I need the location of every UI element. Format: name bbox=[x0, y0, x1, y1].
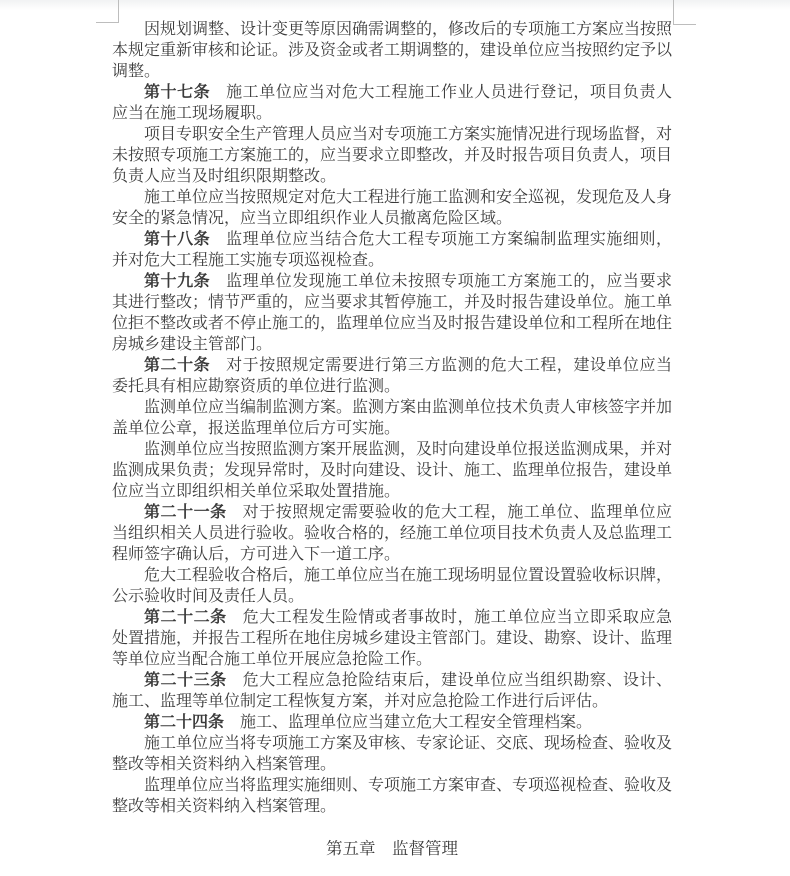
paragraph: 施工单位应当按照规定对危大工程进行施工监测和安全巡视，发现危及人身安全的紧急情况… bbox=[112, 187, 672, 229]
chapter-heading: 第五章监督管理 bbox=[112, 838, 672, 859]
paragraph: 第二十三条危大工程应急抢险结束后，建设单位应当组织勘察、设计、施工、监理等单位制… bbox=[112, 670, 672, 712]
paragraph: 第十八条监理单位应当结合危大工程专项施工方案编制监理实施细则，并对危大工程施工实… bbox=[112, 229, 672, 271]
paragraph-text: 监测单位应当按照监测方案开展监测，及时向建设单位报送监测成果，并对监测成果负责；… bbox=[112, 441, 672, 500]
article-number: 第十七条 bbox=[144, 84, 210, 101]
paragraph: 第二十条对于按照规定需要进行第三方监测的危大工程，建设单位应当委托具有相应勘察资… bbox=[112, 355, 672, 397]
paragraph-list: 因规划调整、设计变更等原因确需调整的，修改后的专项施工方案应当按照本规定重新审核… bbox=[112, 19, 672, 817]
chapter-title: 监督管理 bbox=[392, 839, 458, 858]
paragraph-text: 项目专职安全生产管理人员应当对专项施工方案实施情况进行现场监督，对未按照专项施工… bbox=[112, 126, 672, 185]
paragraph: 第二十一条对于按照规定需要验收的危大工程，施工单位、监理单位应当组织相关人员进行… bbox=[112, 502, 672, 565]
chapter-number: 第五章 bbox=[326, 839, 376, 858]
paragraph-text: 施工单位应当将专项施工方案及审核、专家论证、交底、现场检查、验收及整改等相关资料… bbox=[112, 735, 672, 773]
paragraph-text: 监测单位应当编制监测方案。监测方案由监测单位技术负责人审核签字并加盖单位公章，报… bbox=[112, 399, 672, 437]
article-number: 第二十二条 bbox=[144, 609, 227, 626]
paragraph: 第十九条监理单位发现施工单位未按照专项施工方案施工的，应当要求其进行整改；情节严… bbox=[112, 271, 672, 355]
paragraph: 项目专职安全生产管理人员应当对专项施工方案实施情况进行现场监督，对未按照专项施工… bbox=[112, 124, 672, 187]
article-number: 第十九条 bbox=[144, 273, 210, 290]
paragraph: 监测单位应当按照监测方案开展监测，及时向建设单位报送监测成果，并对监测成果负责；… bbox=[112, 439, 672, 502]
paragraph-text: 监理单位应当将监理实施细则、专项施工方案审查、专项巡视检查、验收及整改等相关资料… bbox=[112, 777, 672, 815]
paragraph: 危大工程验收合格后，施工单位应当在施工现场明显位置设置验收标识牌，公示验收时间及… bbox=[112, 565, 672, 607]
paragraph: 第二十二条危大工程发生险情或者事故时，施工单位应当立即采取应急处置措施，并报告工… bbox=[112, 607, 672, 670]
article-number: 第二十三条 bbox=[144, 672, 227, 689]
margin-crop-mark-top-right-vertical bbox=[673, 0, 674, 25]
document-body: 因规划调整、设计变更等原因确需调整的，修改后的专项施工方案应当按照本规定重新审核… bbox=[112, 19, 672, 859]
paragraph: 第十七条施工单位应当对危大工程施工作业人员进行登记，项目负责人应当在施工现场履职… bbox=[112, 82, 672, 124]
paragraph: 因规划调整、设计变更等原因确需调整的，修改后的专项施工方案应当按照本规定重新审核… bbox=[112, 19, 672, 82]
article-number: 第十八条 bbox=[144, 231, 210, 248]
paragraph-text: 施工、监理单位应当建立危大工程安全管理档案。 bbox=[240, 714, 592, 731]
article-number: 第二十四条 bbox=[144, 714, 224, 731]
paragraph: 第二十四条施工、监理单位应当建立危大工程安全管理档案。 bbox=[112, 712, 672, 733]
paragraph-text: 危大工程验收合格后，施工单位应当在施工现场明显位置设置验收标识牌，公示验收时间及… bbox=[112, 567, 672, 605]
margin-crop-mark-top-right-horizontal bbox=[673, 24, 696, 25]
paragraph-text: 因规划调整、设计变更等原因确需调整的，修改后的专项施工方案应当按照本规定重新审核… bbox=[112, 21, 672, 80]
article-number: 第二十一条 bbox=[144, 504, 227, 521]
document-page: 因规划调整、设计变更等原因确需调整的，修改后的专项施工方案应当按照本规定重新审核… bbox=[0, 0, 790, 876]
article-number: 第二十条 bbox=[144, 357, 210, 374]
paragraph: 监理单位应当将监理实施细则、专项施工方案审查、专项巡视检查、验收及整改等相关资料… bbox=[112, 775, 672, 817]
paragraph: 施工单位应当将专项施工方案及审核、专家论证、交底、现场检查、验收及整改等相关资料… bbox=[112, 733, 672, 775]
paragraph-text: 施工单位应当按照规定对危大工程进行施工监测和安全巡视，发现危及人身安全的紧急情况… bbox=[112, 189, 672, 227]
paragraph: 监测单位应当编制监测方案。监测方案由监测单位技术负责人审核签字并加盖单位公章，报… bbox=[112, 397, 672, 439]
